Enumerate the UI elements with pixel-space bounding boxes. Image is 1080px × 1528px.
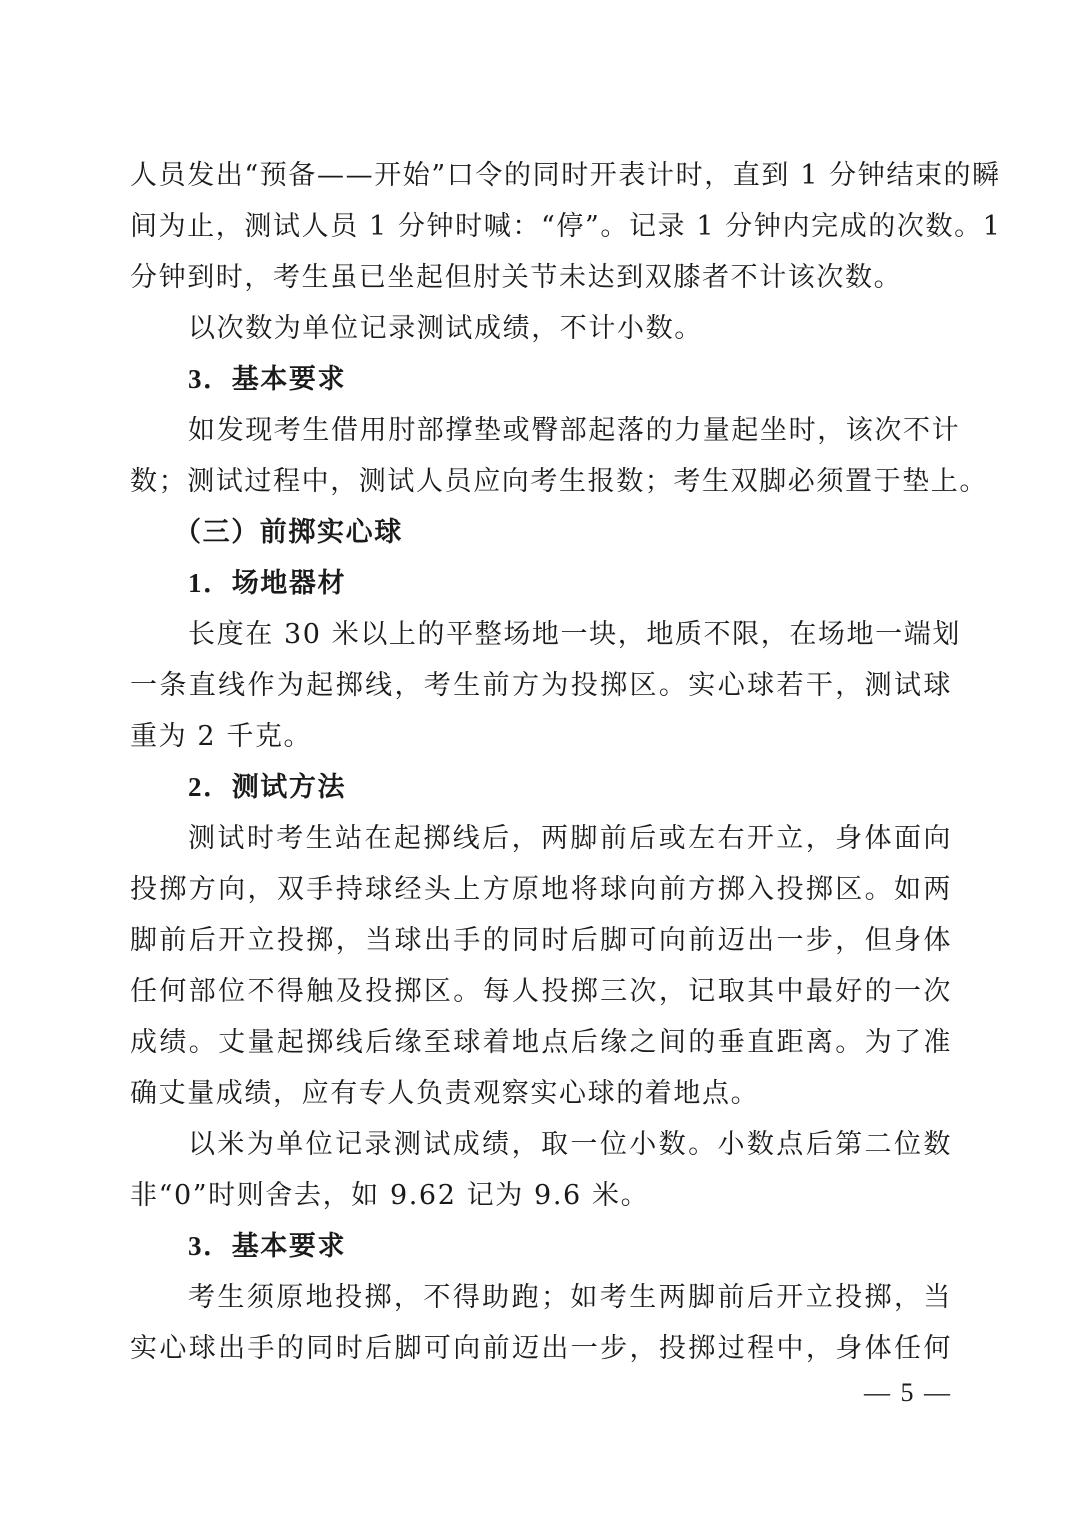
heading-title: 测试方法	[232, 772, 346, 803]
text-line: 以次数为单位记录测试成绩，不计小数。	[130, 303, 952, 354]
text-line: 投掷方向，双手持球经头上方原地将球向前方掷入投掷区。如两	[130, 864, 952, 915]
paragraph-method: 测试时考生站在起掷线后，两脚前后或左右开立，身体面向 投掷方向，双手持球经头上方…	[130, 813, 952, 1119]
text-line: 人员发出“预备——开始”口令的同时开表计时，直到 1 分钟结束的瞬	[130, 150, 952, 201]
text-line: 一条直线作为起掷线，考生前方为投掷区。实心球若干，测试球	[130, 660, 952, 711]
heading-title: 基本要求	[232, 1231, 346, 1262]
heading-basic-requirements: 3．基本要求	[130, 1221, 952, 1272]
text-line: 如发现考生借用肘部撑垫或臀部起落的力量起坐时，该次不计	[130, 405, 952, 456]
heading-number: 3．	[188, 364, 232, 394]
heading-venue-equipment: 1．场地器材	[130, 558, 952, 609]
page-number: — 5 —	[862, 1378, 952, 1408]
heading-title: 场地器材	[232, 568, 346, 599]
heading-number: 3．	[188, 1231, 232, 1261]
heading-test-method: 2．测试方法	[130, 762, 952, 813]
text-line: 实心球出手的同时后脚可向前迈出一步，投掷过程中，身体任何	[130, 1323, 952, 1374]
text-line: 分钟到时，考生虽已坐起但肘关节未达到双膝者不计该次数。	[130, 252, 952, 303]
paragraph-requirements-throw: 考生须原地投掷，不得助跑；如考生两脚前后开立投掷，当 实心球出手的同时后脚可向前…	[130, 1272, 952, 1374]
paragraph-recording: 以米为单位记录测试成绩，取一位小数。小数点后第二位数 非“0”时则舍去，如 9.…	[130, 1119, 952, 1221]
text-line: 长度在 30 米以上的平整场地一块，地质不限，在场地一端划	[130, 609, 952, 660]
text-line: 成绩。丈量起掷线后缘至球着地点后缘之间的垂直距离。为了准	[130, 1017, 952, 1068]
paragraph-scoring-unit: 以次数为单位记录测试成绩，不计小数。	[130, 303, 952, 354]
text-line: 考生须原地投掷，不得助跑；如考生两脚前后开立投掷，当	[130, 1272, 952, 1323]
heading-title: 基本要求	[232, 364, 346, 395]
paragraph-venue: 长度在 30 米以上的平整场地一块，地质不限，在场地一端划 一条直线作为起掷线，…	[130, 609, 952, 762]
heading-number: 2．	[188, 772, 232, 802]
text-line: 测试时考生站在起掷线后，两脚前后或左右开立，身体面向	[130, 813, 952, 864]
text-line: 间为止，测试人员 1 分钟时喊：“停”。记录 1 分钟内完成的次数。1	[130, 201, 952, 252]
text-line: 数；测试过程中，测试人员应向考生报数；考生双脚必须置于垫上。	[130, 456, 952, 507]
text-line: 任何部位不得触及投掷区。每人投掷三次，记取其中最好的一次	[130, 966, 952, 1017]
text-line: 非“0”时则舍去，如 9.62 记为 9.6 米。	[130, 1170, 952, 1221]
text-line: 重为 2 千克。	[130, 711, 952, 762]
paragraph-requirements-situps: 如发现考生借用肘部撑垫或臀部起落的力量起坐时，该次不计 数；测试过程中，测试人员…	[130, 405, 952, 507]
paragraph-timing: 人员发出“预备——开始”口令的同时开表计时，直到 1 分钟结束的瞬 间为止，测试…	[130, 150, 952, 303]
heading-number: 1．	[188, 568, 232, 598]
text-line: 以米为单位记录测试成绩，取一位小数。小数点后第二位数	[130, 1119, 952, 1170]
section-title-medicine-ball: （三）前掷实心球	[130, 507, 952, 558]
document-page: 人员发出“预备——开始”口令的同时开表计时，直到 1 分钟结束的瞬 间为止，测试…	[130, 150, 952, 1374]
text-line: 确丈量成绩，应有专人负责观察实心球的着地点。	[130, 1068, 952, 1119]
heading-basic-requirements: 3．基本要求	[130, 354, 952, 405]
text-line: 脚前后开立投掷，当球出手的同时后脚可向前迈出一步，但身体	[130, 915, 952, 966]
